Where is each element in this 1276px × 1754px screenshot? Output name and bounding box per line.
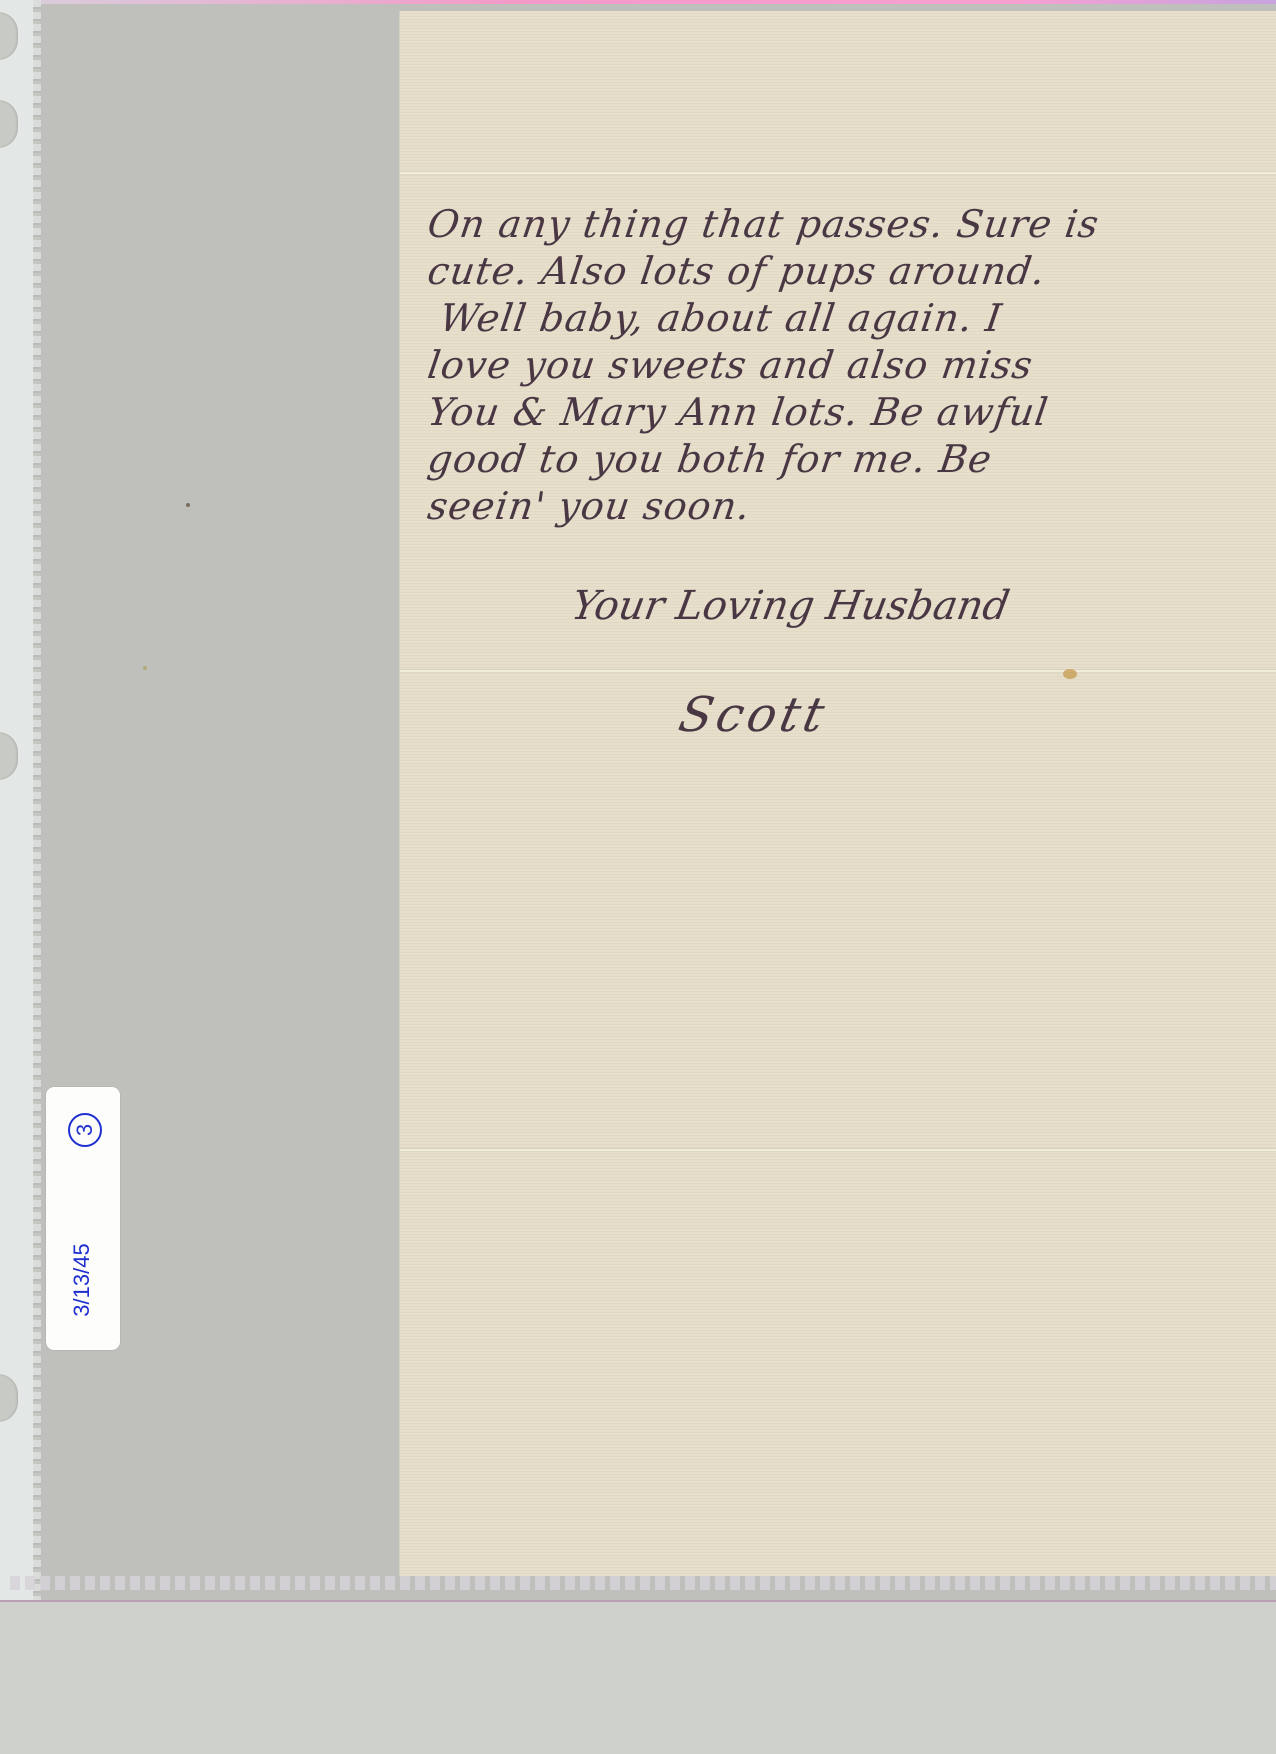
dust-speck (143, 666, 147, 670)
fold-crease (400, 669, 1276, 673)
archive-label: 3 3/13/45 (46, 1087, 120, 1350)
letter-line: good to you both for me. Be (425, 436, 1262, 483)
scanner-background (0, 1602, 1276, 1754)
letter-signature: Scott (674, 687, 833, 743)
letter-line: Well baby, about all again. I (425, 295, 1262, 342)
punch-hole (0, 732, 18, 780)
punch-hole (0, 12, 18, 60)
letter-closing: Your Loving Husband (568, 583, 1013, 629)
dust-speck (186, 503, 190, 507)
sleeve-bottom-perforation (10, 1576, 1276, 1590)
binder-strip (0, 0, 34, 1600)
letter-line: You & Mary Ann lots. Be awful (425, 389, 1262, 436)
letter-page: On any thing that passes. Sure is cute. … (400, 11, 1276, 1576)
letter-body: On any thing that passes. Sure is cute. … (428, 201, 1258, 530)
fold-crease (400, 171, 1276, 175)
punch-hole (0, 1374, 18, 1422)
page-number-badge: 3 (68, 1113, 102, 1147)
letter-line: seein' you soon. (425, 483, 1262, 530)
letter-line: On any thing that passes. Sure is (425, 201, 1262, 248)
fold-crease (400, 1148, 1276, 1152)
punch-hole (0, 100, 18, 148)
label-date: 3/13/45 (69, 1230, 95, 1330)
stain-mark (1063, 669, 1077, 679)
letter-line: love you sweets and also miss (425, 342, 1262, 389)
sleeve-perforation (33, 0, 41, 1600)
letter-line: cute. Also lots of pups around. (425, 248, 1262, 295)
